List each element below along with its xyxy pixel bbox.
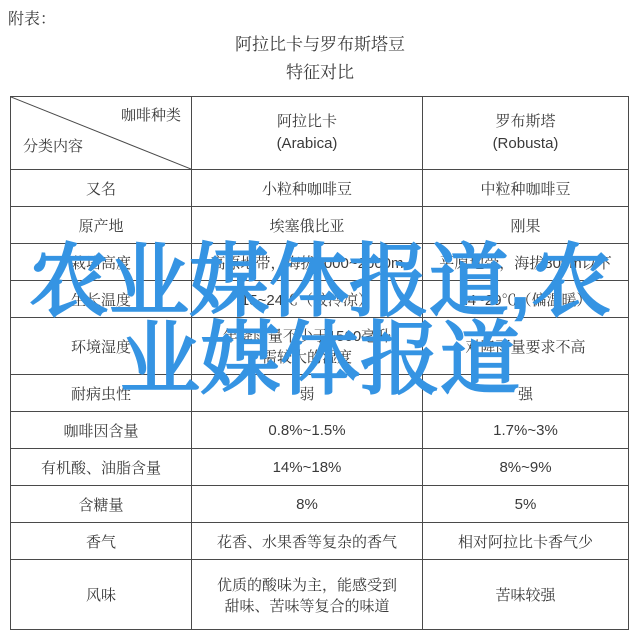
row-temperature: 生长温度 15~24℃（较冷凉） 24~29℃（偏温暖） [11, 281, 629, 318]
caffeine-arabica-cell: 0.8%~1.5% [192, 412, 423, 449]
altitude-arabica-cell: 高原地带，海拔1000~2000m [192, 244, 423, 281]
row-humidity: 环境湿度 年降雨量不少于1500毫升 需较大的湿度 对降雨量要求不高 [11, 318, 629, 375]
row-label-alias: 又名 [11, 170, 192, 207]
row-label-temperature: 生长温度 [11, 281, 192, 318]
comparison-table: 咖啡种类 分类内容 阿拉比卡(Arabica) 罗布斯塔(Robusta) 又名… [10, 96, 629, 630]
table-header-row: 咖啡种类 分类内容 阿拉比卡(Arabica) 罗布斯塔(Robusta) [11, 97, 629, 170]
humidity-robusta-cell: 对降雨量要求不高 [423, 318, 629, 375]
column-header-arabica: 阿拉比卡(Arabica) [192, 97, 423, 170]
row-label-caffeine: 咖啡因含量 [11, 412, 192, 449]
aroma-arabica-cell: 花香、水果香等复杂的香气 [192, 523, 423, 560]
caffeine-robusta-cell: 1.7%~3% [423, 412, 629, 449]
temperature-robusta-cell: 24~29℃（偏温暖） [423, 281, 629, 318]
alias-arabica-cell: 小粒种咖啡豆 [192, 170, 423, 207]
row-altitude: 栽培高度 高原地带，海拔1000~2000m 平原地带，海拔800m以下 [11, 244, 629, 281]
row-label-humidity: 环境湿度 [11, 318, 192, 375]
flavor-arabica-cell: 优质的酸味为主，能感受到 甜味、苦味等复合的味道 [192, 560, 423, 630]
robusta-name-en: (Robusta) [493, 135, 559, 152]
arabica-name-cn: 阿拉比卡 [277, 113, 337, 130]
corner-label-category: 分类内容 [23, 135, 83, 156]
document-page: 附表： 阿拉比卡与罗布斯塔豆 特征对比 咖啡种类 分类内容 阿拉比卡(Arabi… [0, 0, 640, 640]
page-title-line1: 阿拉比卡与罗布斯塔豆 [0, 31, 640, 59]
sugar-arabica-cell: 8% [192, 486, 423, 523]
altitude-robusta-cell: 平原地带，海拔800m以下 [423, 244, 629, 281]
row-origin: 原产地 埃塞俄比亚 刚果 [11, 207, 629, 244]
acid-oil-robusta-cell: 8%~9% [423, 449, 629, 486]
alias-robusta-cell: 中粒种咖啡豆 [423, 170, 629, 207]
temperature-arabica-cell: 15~24℃（较冷凉） [192, 281, 423, 318]
origin-arabica-cell: 埃塞俄比亚 [192, 207, 423, 244]
humidity-arabica-cell: 年降雨量不少于1500毫升 需较大的湿度 [192, 318, 423, 375]
flavor-robusta-cell: 苦味较强 [423, 560, 629, 630]
row-label-sugar: 含糖量 [11, 486, 192, 523]
column-header-robusta: 罗布斯塔(Robusta) [423, 97, 629, 170]
arabica-name-en: (Arabica) [277, 135, 338, 152]
robusta-name-cn: 罗布斯塔 [495, 113, 555, 130]
corner-header-cell: 咖啡种类 分类内容 [11, 97, 192, 170]
attachment-label: 附表： [8, 6, 56, 29]
row-aroma: 香气 花香、水果香等复杂的香气 相对阿拉比卡香气少 [11, 523, 629, 560]
aroma-robusta-cell: 相对阿拉比卡香气少 [423, 523, 629, 560]
page-title: 阿拉比卡与罗布斯塔豆 特征对比 [0, 31, 640, 87]
row-pest-resistance: 耐病虫性 弱 强 [11, 375, 629, 412]
page-title-line2: 特征对比 [0, 59, 640, 87]
pest-resistance-robusta-cell: 强 [423, 375, 629, 412]
pest-resistance-arabica-cell: 弱 [192, 375, 423, 412]
row-label-origin: 原产地 [11, 207, 192, 244]
row-label-flavor: 风味 [11, 560, 192, 630]
row-label-pest-resistance: 耐病虫性 [11, 375, 192, 412]
row-flavor: 风味 优质的酸味为主，能感受到 甜味、苦味等复合的味道 苦味较强 [11, 560, 629, 630]
acid-oil-arabica-cell: 14%~18% [192, 449, 423, 486]
corner-label-coffee-type: 咖啡种类 [121, 104, 181, 125]
origin-robusta-cell: 刚果 [423, 207, 629, 244]
row-alias: 又名 小粒种咖啡豆 中粒种咖啡豆 [11, 170, 629, 207]
row-acid-oil: 有机酸、油脂含量 14%~18% 8%~9% [11, 449, 629, 486]
row-label-acid-oil: 有机酸、油脂含量 [11, 449, 192, 486]
row-sugar: 含糖量 8% 5% [11, 486, 629, 523]
row-caffeine: 咖啡因含量 0.8%~1.5% 1.7%~3% [11, 412, 629, 449]
sugar-robusta-cell: 5% [423, 486, 629, 523]
row-label-altitude: 栽培高度 [11, 244, 192, 281]
row-label-aroma: 香气 [11, 523, 192, 560]
